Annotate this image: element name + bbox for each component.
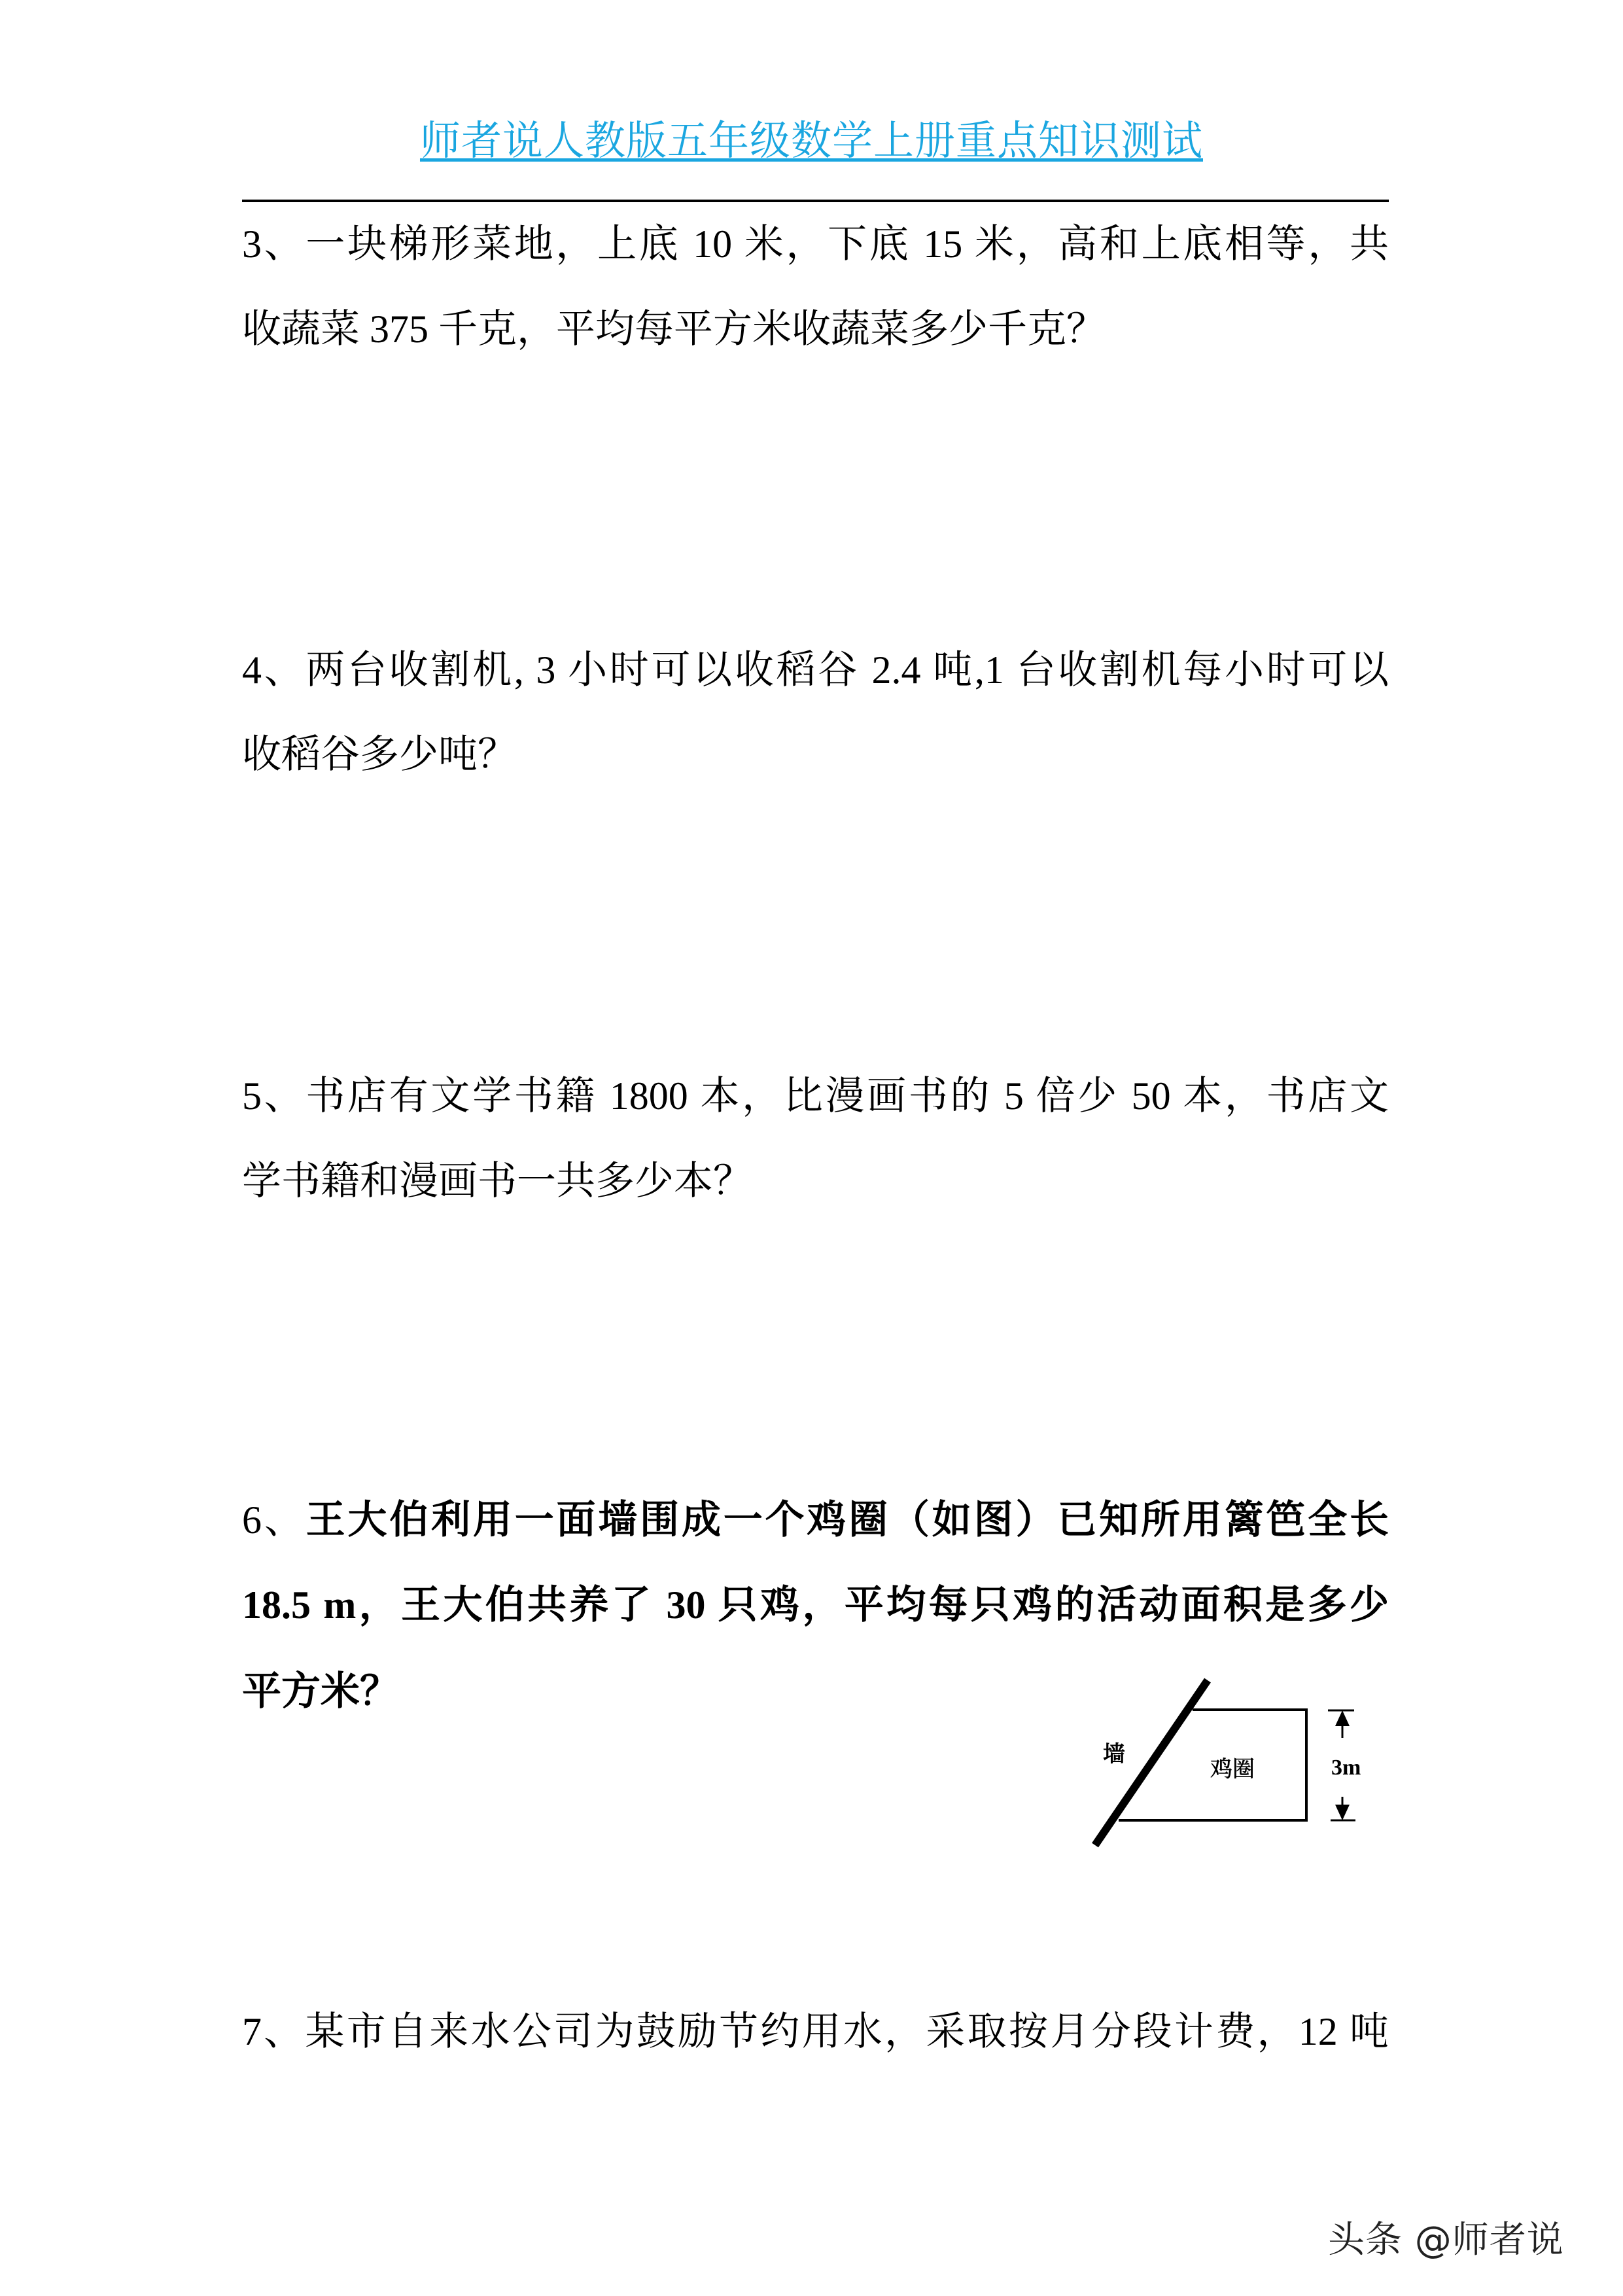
- arrow-down-icon: [1335, 1805, 1350, 1820]
- arrow-up-icon: [1335, 1710, 1350, 1726]
- chicken-pen-figure: 墙 鸡圈 3m: [1079, 1669, 1393, 1858]
- question-text: 两台收割机, 3 小时可以收稻谷 2.4 吨,1 台收割机每小时可以: [305, 648, 1389, 692]
- question-4-line-2: 收稻谷多少吨？: [242, 728, 1389, 781]
- question-5-line-1: 5、书店有文学书籍 1800 本，比漫画书的 5 倍少 50 本，书店文: [242, 1070, 1389, 1122]
- page-title: 师者说人教版五年级数学上册重点知识测试: [0, 115, 1623, 168]
- question-text: 某市自来水公司为鼓励节约用水，采取按月分段计费，12 吨: [305, 2010, 1389, 2053]
- question-number: 5、: [242, 1074, 305, 1118]
- question-number: 7、: [242, 2010, 305, 2053]
- question-number: 6、: [242, 1498, 306, 1542]
- question-6-line-1: 6、王大伯利用一面墙围成一个鸡圈（如图）已知所用篱笆全长: [242, 1494, 1389, 1546]
- question-3-line-1: 3、一块梯形菜地，上底 10 米，下底 15 米，高和上底相等，共: [242, 218, 1389, 270]
- wall-label: 墙: [1103, 1742, 1125, 1768]
- question-5-line-2: 学书籍和漫画书一共多少本？: [242, 1155, 1389, 1207]
- question-text: 王大伯利用一面墙围成一个鸡圈（如图）已知所用篱笆全长: [306, 1498, 1389, 1542]
- question-7-line-1: 7、某市自来水公司为鼓励节约用水，采取按月分段计费，12 吨: [242, 2005, 1389, 2058]
- question-3-line-2: 收蔬菜 375 千克，平均每平方米收蔬菜多少千克？: [242, 303, 1389, 355]
- header-divider: [242, 200, 1389, 202]
- pen-label: 鸡圈: [1210, 1757, 1255, 1783]
- dimension-label: 3m: [1331, 1755, 1361, 1781]
- page-title-text: 师者说人教版五年级数学上册重点知识测试: [420, 118, 1203, 164]
- question-6-line-2: 18.5 m，王大伯共养了 30 只鸡，平均每只鸡的活动面积是多少: [242, 1579, 1389, 1631]
- question-4-line-1: 4、两台收割机, 3 小时可以收稻谷 2.4 吨,1 台收割机每小时可以: [242, 644, 1389, 696]
- question-number: 3、: [242, 222, 305, 266]
- question-text: 书店有文学书籍 1800 本，比漫画书的 5 倍少 50 本，书店文: [305, 1074, 1389, 1118]
- question-number: 4、: [242, 648, 305, 692]
- question-text: 一块梯形菜地，上底 10 米，下底 15 米，高和上底相等，共: [305, 222, 1389, 266]
- watermark: 头条 @师者说: [1328, 2219, 1564, 2261]
